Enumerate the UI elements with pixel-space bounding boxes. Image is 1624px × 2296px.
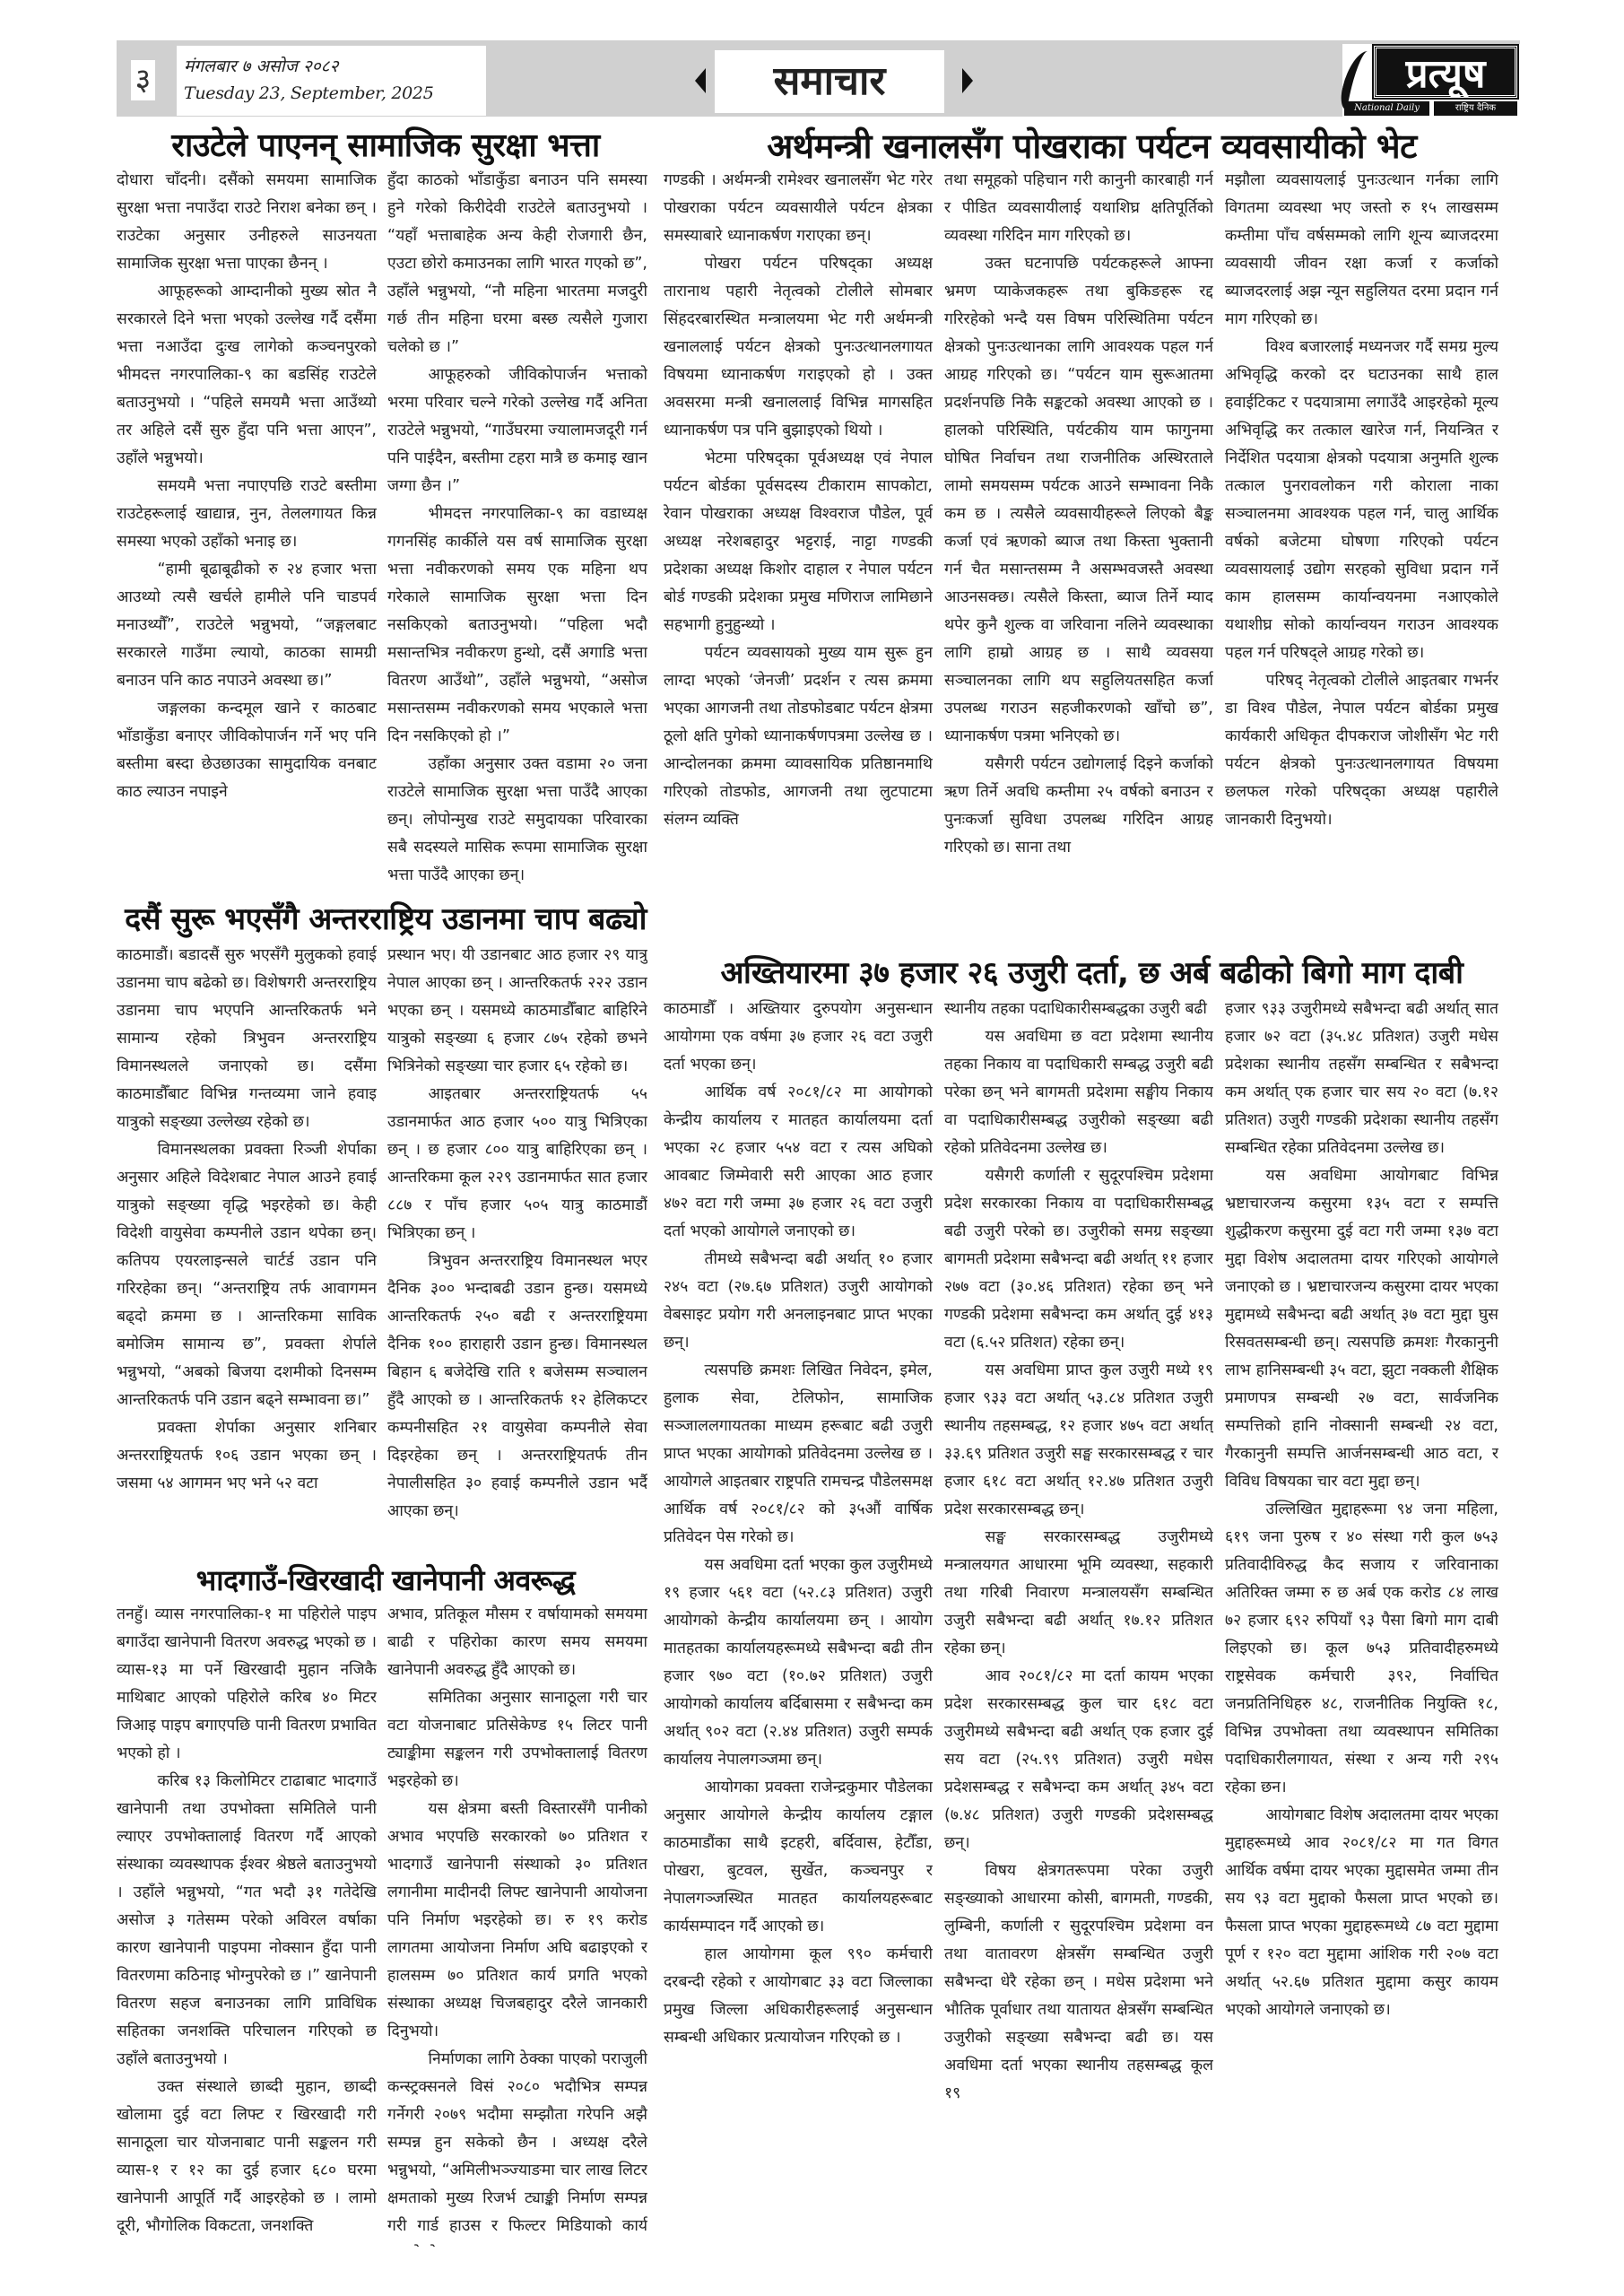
article-paragraph: समितिका अनुसार सानाठूला गरी चार वटा योजन… [387,1684,647,1796]
article-paragraph: त्रिभुवन अन्तरराष्ट्रिय विमानस्थल भएर दै… [387,1248,647,1526]
article-paragraph: निर्माणका लागि ठेक्का पाएको पराजुली कन्स… [387,2046,647,2247]
article-headline: दसैं सुरू भएसँगै अन्तरराष्ट्रिय उडानमा च… [117,897,655,942]
article-paragraph: यस अवधिमा दर्ता भएका कुल उजुरीमध्ये १९ ह… [664,1552,933,1774]
article-paragraph: स्थानीय तहका पदाधिकारीसम्बद्धका उजुरी बढ… [944,996,1213,1023]
article-paragraph: काठमाडौं। बडादसैं सुरु भएसँगै मुलुकको हव… [117,942,377,1136]
article-paragraph: पर्यटन व्यवसायको मुख्य याम सुरू हुन लाग्… [664,639,933,834]
article-paragraph: विमानस्थलका प्रवक्ता रिञ्जी शेर्पाका अनु… [117,1136,377,1414]
logo-title: प्रत्यूष [1374,46,1517,98]
article-paragraph: यस क्षेत्रमा बस्ती विस्तारसँगै पानीको अभ… [387,1796,647,2046]
article-column: दोधारा चाँदनी। दसैंको समयमा सामाजिक सुरक… [117,167,377,895]
article-column: हजार ९३३ उजुरीमध्ये सबैभन्दा बढी अर्थात्… [1225,996,1498,2260]
article-paragraph: तथा समूहको पहिचान गरी कानुनी कारबाही गर्… [944,167,1213,250]
article-column: प्रस्थान भए। यी उडानबाट आठ हजार २९ यात्र… [387,942,647,1561]
article-paragraph: “हामी बूढाबूढीको रु २४ हजार भत्ता आउथ्यो… [117,556,377,695]
article-paragraph: आफूहरूको आम्दानीको मुख्य स्रोत नै सरकारल… [117,278,377,473]
article-paragraph: आफूहरुको जीविकोपार्जन भत्ताको भरमा परिवा… [387,361,647,500]
article-headline: राउटेले पाएनन् सामाजिक सुरक्षा भत्ता [117,124,655,169]
article-paragraph: तनहुँ। व्यास नगरपालिका-१ मा पहिरोले पाइप… [117,1601,377,1768]
article-column: गण्डकी । अर्थमन्त्री रामेश्वर खनालसँग भे… [664,167,933,947]
article-paragraph: त्यसपछि क्रमशः लिखित निवेदन, इमेल, हुलाक… [664,1357,933,1552]
date-box: मंगलबार ७ असोज २०८२ Tuesday 23, Septembe… [177,46,486,116]
section-label: समाचार [695,50,973,113]
article-paragraph: उक्त घटनापछि पर्यटकहरूले आफ्ना भ्रमण प्य… [944,250,1213,751]
triangle-left-icon [695,68,706,93]
article-paragraph: यस अवधिमा छ वटा प्रदेशमा स्थानीय तहका नि… [944,1023,1213,1162]
article-paragraph: हाल आयोगमा कूल ९९० कर्मचारी दरबन्दी रहेक… [664,1941,933,2052]
article-column: तथा समूहको पहिचान गरी कानुनी कारबाही गर्… [944,167,1213,947]
article-paragraph: यसैगरी कर्णाली र सुदूरपश्चिम प्रदेशमा प्… [944,1162,1213,1357]
article-column: मझौला व्यवसायलाई पुनःउत्थान गर्नका लागि … [1225,167,1498,947]
newspaper-logo: प्रत्यूष National Daily राष्ट्रिय दैनिक [1342,44,1520,117]
article-paragraph: आव २०८१/८२ मा दर्ता कायम भएका प्रदेश सरक… [944,1663,1213,1857]
article-paragraph: प्रस्थान भए। यी उडानबाट आठ हजार २९ यात्र… [387,942,647,1081]
article-paragraph: करिब १३ किलोमिटर टाढाबाट भादगाउँ खानेपान… [117,1768,377,2074]
article-paragraph: परिषद् नेतृत्वको टोलीले आइतबार गभर्नर डा… [1225,667,1498,834]
logo-tag-nepali: राष्ट्रिय दैनिक [1434,101,1517,116]
article-paragraph: भीमदत्त नगरपालिका-९ का वडाध्यक्ष गगनसिंह… [387,500,647,751]
article-column: काठमाडौँ । अख्तियार दुरुपयोग अनुसन्धान आ… [664,996,933,2260]
article-paragraph: दोधारा चाँदनी। दसैंको समयमा सामाजिक सुरक… [117,167,377,278]
article-paragraph: यस अवधिमा प्राप्त कुल उजुरी मध्ये १९ हजा… [944,1357,1213,1524]
page-number: ३ [131,60,155,100]
article-paragraph: उहाँका अनुसार उक्त वडामा २० जना राउटेले … [387,751,647,890]
article-column: स्थानीय तहका पदाधिकारीसम्बद्धका उजुरी बढ… [944,996,1213,2260]
triangle-right-icon [962,68,973,93]
article-paragraph: जङ्गलका कन्दमूल खाने र काठबाट भाँडाकुँडा… [117,695,377,806]
article-column: हुँदा काठको भाँडाकुँडा बनाउन पनि समस्या … [387,167,647,895]
article-paragraph: पोखरा पर्यटन परिषद्का अध्यक्ष तारानाथ पह… [664,250,933,445]
article-paragraph: आयोगका प्रवक्ता राजेन्द्रकुमार पौडेलका अ… [664,1774,933,1941]
article-paragraph: यसैगरी पर्यटन उद्योगलाई दिइने कर्जाको ऋण… [944,751,1213,862]
article-column: तनहुँ। व्यास नगरपालिका-१ मा पहिरोले पाइप… [117,1601,377,2247]
article-headline: भादगाउँ-खिरखादी खानेपानी अवरूद्ध [117,1561,655,1600]
article-paragraph: तीमध्ये सबैभन्दा बढी अर्थात् १० हजार २४५… [664,1246,933,1357]
article-paragraph: विषय क्षेत्रगतरूपमा परेका उजुरी सङ्ख्याक… [944,1857,1213,2108]
article-paragraph: काठमाडौँ । अख्तियार दुरुपयोग अनुसन्धान आ… [664,996,933,1079]
article-paragraph: हुँदा काठको भाँडाकुँडा बनाउन पनि समस्या … [387,167,647,361]
logo-tag-english: National Daily [1344,101,1429,116]
date-nepali: मंगलबार ७ असोज २०८२ [184,53,479,80]
article-paragraph: यस अवधिमा आयोगबाट विभिन्न भ्रष्टाचारजन्य… [1225,1162,1498,1496]
article-headline: अख्तियारमा ३७ हजार २६ उजुरी दर्ता, छ अर्… [664,951,1520,996]
article-paragraph: आयोगबाट विशेष अदालतमा दायर भएका मुद्दाहर… [1225,1802,1498,2024]
article-paragraph: उल्लिखित मुद्दाहरूमा ९४ जना महिला, ६१९ ज… [1225,1496,1498,1802]
article-paragraph: भेटमा परिषद्का पूर्वअध्यक्ष एवं नेपाल पर… [664,445,933,639]
article-headline: अर्थमन्त्री खनालसँग पोखराका पर्यटन व्यवस… [664,124,1520,169]
article-paragraph: सङ्घ सरकारसम्बद्ध उजुरीमध्ये मन्त्रालयगत… [944,1524,1213,1663]
article-paragraph: उक्त संस्थाले छाब्दी मुहान, छाब्दी खोलाम… [117,2074,377,2240]
article-column: अभाव, प्रतिकूल मौसम र वर्षायामको समयमा ब… [387,1601,647,2247]
article-paragraph: अभाव, प्रतिकूल मौसम र वर्षायामको समयमा ब… [387,1601,647,1684]
date-english: Tuesday 23, September, 2025 [184,80,479,107]
article-paragraph: हजार ९३३ उजुरीमध्ये सबैभन्दा बढी अर्थात्… [1225,996,1498,1162]
article-paragraph: समयमै भत्ता नपाएपछि राउटे बस्तीमा राउटेह… [117,473,377,556]
article-paragraph: आइतबार अन्तरराष्ट्रियतर्फ ५५ उडानमार्फत … [387,1081,647,1248]
article-paragraph: मझौला व्यवसायलाई पुनःउत्थान गर्नका लागि … [1225,167,1498,334]
article-paragraph: विश्व बजारलाई मध्यनजर गर्दै समग्र मुल्य … [1225,334,1498,667]
article-paragraph: गण्डकी । अर्थमन्त्री रामेश्वर खनालसँग भे… [664,167,933,250]
article-column: काठमाडौं। बडादसैं सुरु भएसँगै मुलुकको हव… [117,942,377,1561]
article-paragraph: आर्थिक वर्ष २०८१/८२ मा आयोगको केन्द्रीय … [664,1079,933,1246]
article-paragraph: प्रवक्ता शेर्पाका अनुसार शनिबार अन्तरराष… [117,1414,377,1498]
section-title: समाचार [715,50,944,113]
